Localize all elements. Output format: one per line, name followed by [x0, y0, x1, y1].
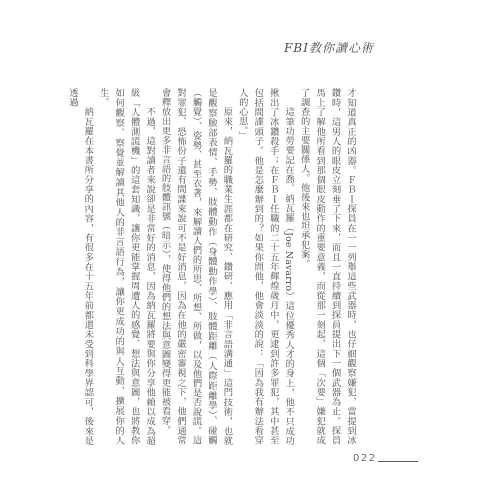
paragraph: 這筆功勞要記在喬．納瓦羅（Joe Navarro）這位優秀人才的身上，他不只成功…: [234, 88, 296, 445]
book-page: FBI教你讀心術 才知道真正的凶器。ＦＢＩ探員在一一列舉這些武器時，也仔細觀察嫌…: [0, 0, 486, 486]
main-text-block: 才知道真正的凶器。ＦＢＩ探員在一一列舉這些武器時，也仔細觀察嫌犯，當提到冰鑽時，…: [110, 88, 358, 445]
running-header-title: FBI教你讀心術: [284, 39, 374, 56]
paragraph: 才知道真正的凶器。ＦＢＩ探員在一一列舉這些武器時，也仔細觀察嫌犯，當提到冰鑽時，…: [296, 88, 358, 445]
paragraph: 不過，這對讀者來說卻是非常好的消息，因為納瓦羅將要與你分享他賴以成為超級「人體測…: [95, 88, 157, 445]
footer-rule: [378, 461, 418, 462]
paragraph: 納瓦羅在本書所分享的內容，有很多在十五年前都還未受到科學界認可，後來是透過: [64, 88, 95, 445]
page-number: 022: [353, 453, 377, 464]
paragraph: 原來，納瓦羅的職業生涯都在研究、鑽研、應用「非言語溝通」這門技術，也就是觀察臉部…: [157, 88, 234, 445]
